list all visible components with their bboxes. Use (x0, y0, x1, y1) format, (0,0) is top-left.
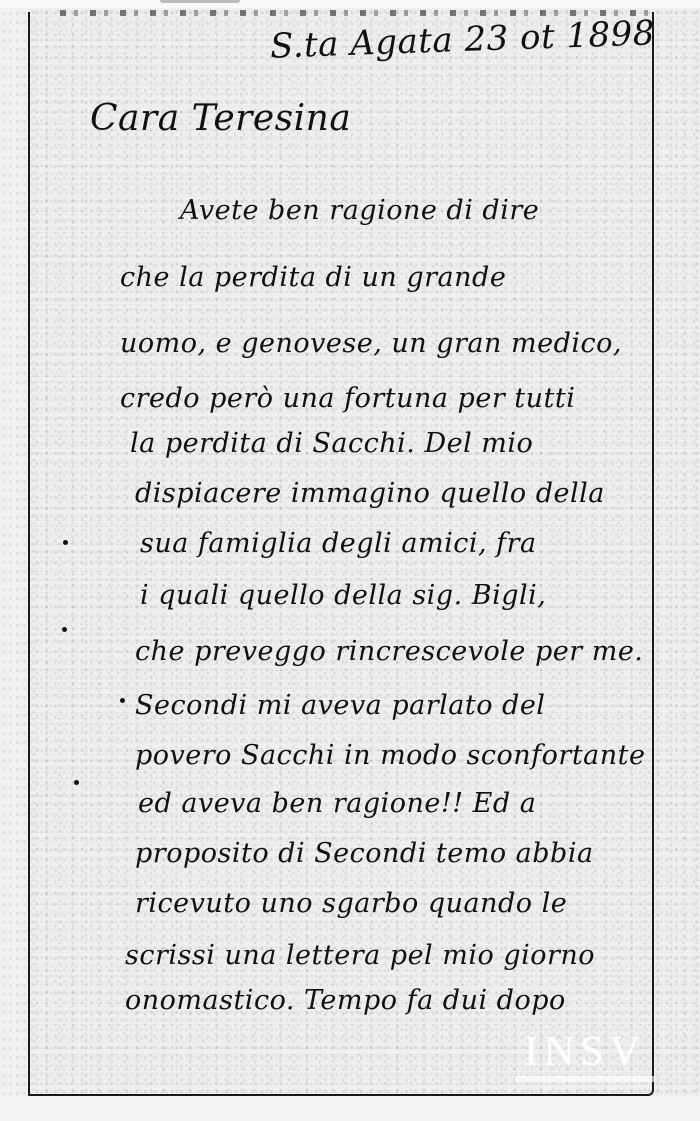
ink-dot (120, 698, 125, 703)
page-margin-bottom (0, 1096, 700, 1121)
body-line: scrissi una lettera pel mio giorno (125, 940, 595, 971)
body-line: onomastico. Tempo fa dui dopo (125, 985, 566, 1016)
watermark-caption (515, 1076, 655, 1082)
body-line: dispiacere immagino quello della (135, 478, 605, 509)
body-line: che preveggo rincrescevole per me. (135, 636, 643, 667)
body-line: Avete ben ragione di dire (180, 195, 539, 226)
body-line: sua famiglia degli amici, fra (140, 528, 537, 559)
watermark-logo: INSV (510, 1022, 660, 1082)
body-line: i quali quello della sig. Bigli, (140, 580, 546, 611)
body-line: uomo, e genovese, un gran medico, (120, 328, 622, 359)
ink-dot (63, 540, 68, 545)
page-top-edge (0, 0, 700, 8)
body-line: Secondi mi aveva parlato del (135, 690, 545, 721)
letter-page: S.ta Agata 23 ot 1898 Cara Teresina Avet… (0, 0, 700, 1121)
letter-salutation: Cara Teresina (90, 98, 351, 139)
page-top-border (60, 10, 650, 16)
page-margin-left (0, 0, 28, 1121)
body-line: povero Sacchi in modo sconfortante (135, 740, 646, 771)
body-line: ed aveva ben ragione!! Ed a (138, 788, 536, 819)
ink-dot (62, 627, 67, 632)
body-line: proposito di Secondi temo abbia (135, 838, 594, 869)
body-line: la perdita di Sacchi. Del mio (130, 428, 533, 459)
body-line: credo però una fortuna per tutti (120, 383, 575, 414)
ink-dot (74, 780, 79, 785)
body-line: che la perdita di un grande (120, 262, 506, 293)
body-line: ricevuto uno sgarbo quando le (135, 888, 567, 919)
scan-mark (160, 0, 240, 3)
